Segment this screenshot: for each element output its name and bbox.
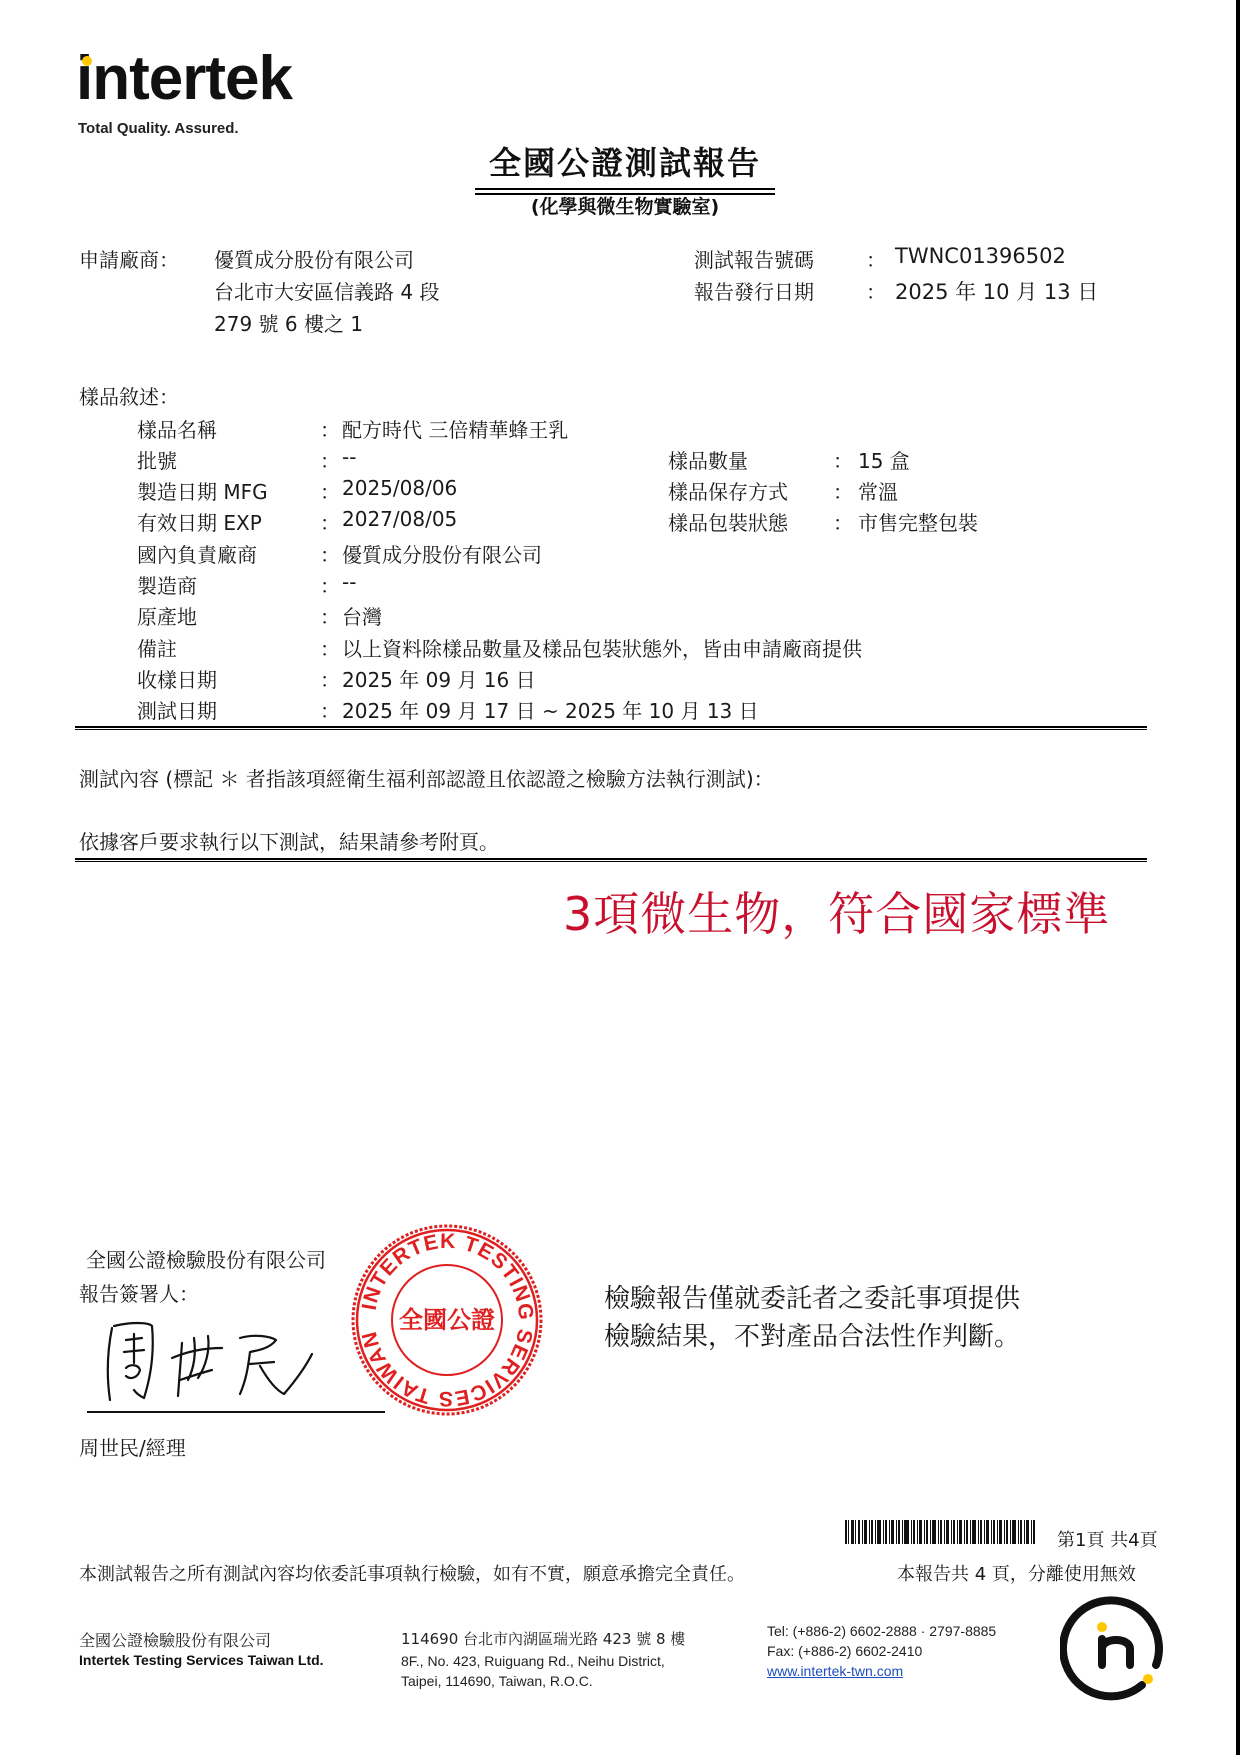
logo-tagline: Total Quality. Assured. [78,120,239,137]
signing-company: 全國公證檢驗股份有限公司 [86,1244,326,1273]
issue-date-label: 報告發行日期 [694,276,814,305]
disclaimer-line1: 檢驗報告僅就委託者之委託事項提供 [604,1278,1020,1315]
sample-row-colon: ： [320,476,340,505]
exp-date: 2027/08/05 [342,507,457,531]
mfg-date: 2025/08/06 [342,476,457,500]
title-underline [475,188,775,190]
sample-row-label: 收樣日期 [137,664,217,693]
footer-statement: 本測試報告之所有測試內容均依委託事項執行檢驗，如有不實，願意承擔完全責任。 [79,1560,745,1586]
sample-right-label: 樣品保存方式 [668,476,788,505]
report-title: 全國公證測試報告 [475,138,775,184]
footer-company-zh: 全國公證檢驗股份有限公司 [79,1628,271,1651]
sample-row-label: 製造日期 MFG [137,476,268,505]
footer-pages-note: 本報告共 4 頁，分離使用無效 [897,1560,1136,1586]
report-title-block: 全國公證測試報告 [475,138,775,195]
result-highlight: 3項微生物，符合國家標準 [563,878,1110,944]
sample-row-colon: ： [320,601,340,630]
footer-address-en-line2: Taipei, 114690, Taiwan, R.O.C. [401,1673,593,1689]
applicant-label: 申請廠商： [79,244,179,273]
sample-row-label: 批號 [137,445,177,474]
report-subtitle: (化學與微生物實驗室) [475,192,775,219]
logo-dot-icon [82,56,92,66]
page-edge-border [1236,0,1240,1755]
signature-line [87,1411,385,1413]
intertek-in-logo-icon [1060,1593,1170,1703]
report-number: TWNC01396502 [895,244,1066,268]
footer-address-zh: 114690 台北市內湖區瑞光路 423 號 8 樓 [401,1628,685,1649]
sample-row-label: 測試日期 [137,695,217,724]
sample-row-colon: ： [320,695,340,724]
sample-row-colon: ： [320,507,340,536]
remarks: 以上資料除樣品數量及樣品包裝狀態外，皆由申請廠商提供 [342,633,862,662]
sample-right-colon: ： [833,507,853,536]
sample-row-colon: ： [320,414,340,443]
sample-right-label: 樣品包裝狀態 [668,507,788,536]
footer-website-link[interactable]: www.intertek-twn.com [767,1663,903,1679]
issue-date-colon: ： [866,276,886,305]
domestic-vendor: 優質成分股份有限公司 [342,539,542,568]
sample-right-label: 樣品數量 [668,445,748,474]
footer-tel: Tel: (+886-2) 6602-2888 · 2797-8885 [767,1623,996,1639]
footer-company-en: Intertek Testing Services Taiwan Ltd. [79,1652,324,1668]
sample-heading: 樣品敘述： [79,381,179,410]
issue-date: 2025 年 10 月 13 日 [895,276,1098,306]
manufacturer: -- [342,570,356,594]
section-divider [75,726,1147,730]
intertek-logo: intertek [76,48,292,110]
page-indicator: 第1頁 共4頁 [1057,1526,1158,1552]
applicant-address-line1: 台北市大安區信義路 4 段 [214,276,439,305]
handwritten-signature [100,1318,330,1408]
applicant-address-line2: 279 號 6 樓之 1 [214,308,363,337]
origin: 台灣 [342,601,382,630]
test-note: 依據客戶要求執行以下測試，結果請參考附頁。 [79,826,499,855]
sample-row-colon: ： [320,445,340,474]
sample-row-label: 樣品名稱 [137,414,217,443]
signer-label: 報告簽署人： [79,1278,199,1307]
barcode [845,1520,1035,1544]
sample-right-colon: ： [833,476,853,505]
packaging-status: 市售完整包裝 [858,507,978,536]
stamp-center-text: 全國公證 [399,1306,495,1334]
footer-address-en-line1: 8F., No. 423, Ruiguang Rd., Neihu Distri… [401,1653,665,1669]
storage-method: 常溫 [858,476,898,505]
sample-row-colon: ： [320,570,340,599]
batch-number: -- [342,445,356,469]
test-date: 2025 年 09 月 17 日 ~ 2025 年 10 月 13 日 [342,695,759,724]
footer-fax: Fax: (+886-2) 6602-2410 [767,1643,922,1659]
sample-row-label: 備註 [137,633,177,662]
sample-row-colon: ： [320,633,340,662]
sample-row-colon: ： [320,664,340,693]
sample-row-colon: ： [320,539,340,568]
sample-row-label: 製造商 [137,570,197,599]
receipt-date: 2025 年 09 月 16 日 [342,664,536,693]
sample-row-label: 有效日期 EXP [137,507,262,536]
test-content-label: 測試內容 (標記 ＊ 者指該項經衛生福利部認證且依認證之檢驗方法執行測試)： [79,763,774,792]
sample-name: 配方時代 三倍精華蜂王乳 [342,414,568,443]
report-number-label: 測試報告號碼 [694,244,814,273]
report-number-colon: ： [866,244,886,273]
official-seal-stamp: INTERTEK TESTING SERVICES TAIWAN LTD. 全國… [347,1220,547,1420]
sample-row-label: 原產地 [137,601,197,630]
section-divider [75,858,1147,862]
signer-name: 周世民/經理 [79,1432,186,1461]
applicant-name: 優質成分股份有限公司 [214,244,414,273]
sample-row-label: 國內負責廠商 [137,539,257,568]
disclaimer-line2: 檢驗結果，不對產品合法性作判斷。 [604,1316,1020,1353]
sample-right-colon: ： [833,445,853,474]
sample-quantity: 15 盒 [858,445,910,474]
